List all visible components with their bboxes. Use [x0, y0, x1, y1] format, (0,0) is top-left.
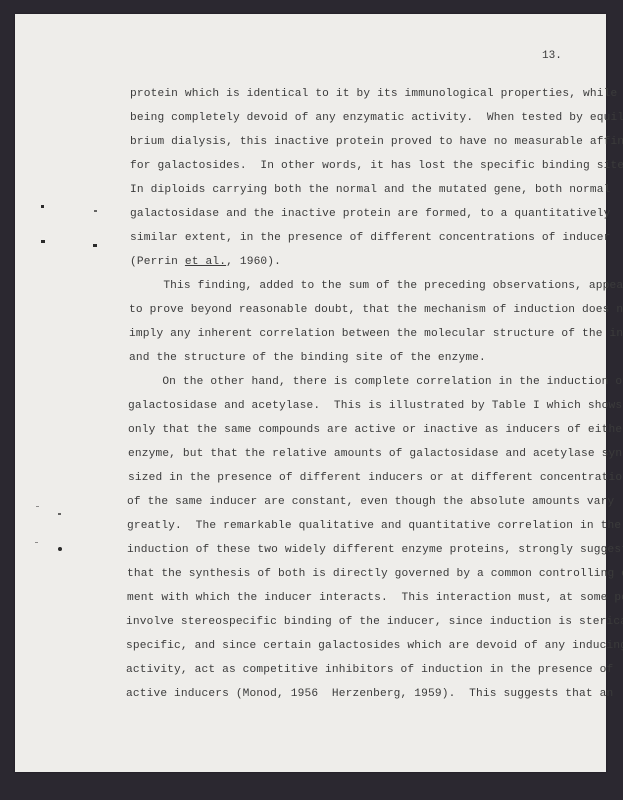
text-line: induction of these two widely different …	[127, 544, 623, 556]
text-line: of the same inducer are constant, even t…	[127, 496, 614, 508]
margin-mark	[35, 542, 38, 543]
text-line: protein which is identical to it by its …	[130, 88, 617, 100]
text-line: being completely devoid of any enzymatic…	[130, 112, 623, 124]
text-segment: , 1960).	[226, 256, 281, 268]
margin-mark	[58, 513, 61, 515]
text-line: specific, and since certain galactosides…	[126, 640, 623, 652]
margin-mark	[41, 240, 45, 243]
text-line: for galactosides. In other words, it has…	[130, 160, 623, 172]
text-line: In diploids carrying both the normal and…	[130, 184, 610, 196]
text-line: ment with which the inducer interacts. T…	[127, 592, 623, 604]
margin-mark	[58, 547, 62, 551]
margin-mark	[94, 210, 97, 212]
text-line: enzyme, but that the relative amounts of…	[128, 448, 623, 460]
underlined-citation: et al.	[185, 256, 226, 268]
margin-mark	[93, 244, 97, 247]
text-line: active inducers (Monod, 1956 Herzenberg,…	[126, 688, 613, 700]
text-line: sized in the presence of different induc…	[128, 472, 623, 484]
text-line: This finding, added to the sum of the pr…	[129, 280, 623, 292]
text-line: only that the same compounds are active …	[128, 424, 623, 436]
document-page: 13. protein which is identical to it by …	[15, 14, 606, 772]
text-line: activity, act as competitive inhibitors …	[126, 664, 613, 676]
margin-mark	[36, 506, 39, 507]
text-line: and the structure of the binding site of…	[129, 352, 486, 364]
text-line: On the other hand, there is complete cor…	[128, 376, 623, 388]
text-line: similar extent, in the presence of diffe…	[130, 232, 610, 244]
page-number: 13.	[542, 50, 562, 62]
margin-mark	[41, 205, 44, 208]
text-line: galactosidase and the inactive protein a…	[130, 208, 610, 220]
text-line: (Perrin et al., 1960).	[130, 256, 281, 268]
text-line: brium dialysis, this inactive protein pr…	[130, 136, 623, 148]
text-line: that the synthesis of both is directly g…	[127, 568, 623, 580]
text-line: imply any inherent correlation between t…	[129, 328, 623, 340]
text-line: to prove beyond reasonable doubt, that t…	[129, 304, 623, 316]
text-segment: (Perrin	[130, 256, 185, 268]
text-line: involve stereospecific binding of the in…	[126, 616, 623, 628]
text-line: galactosidase and acetylase. This is ill…	[128, 400, 623, 412]
text-line: greatly. The remarkable qualitative and …	[127, 520, 621, 532]
